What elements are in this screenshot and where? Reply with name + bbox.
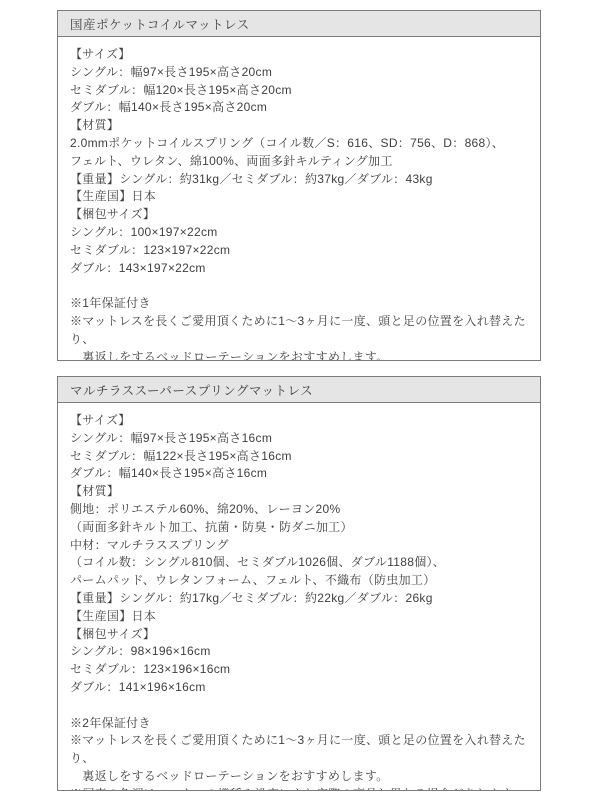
spec-line: （両面多針キルト加工、抗菌・防臭・防ダニ加工） (70, 519, 528, 537)
section-title: 国産ポケットコイルマットレス (70, 15, 250, 33)
spec-line: パームパッド、ウレタンフォーム、フェルト、不織布（防虫加工） (70, 572, 528, 590)
spec-line: 【サイズ】 (70, 412, 528, 430)
section-body: 【サイズ】シングル：幅97×長さ195×高さ20cmセミダブル：幅120×長さ1… (58, 37, 540, 360)
spec-line: 【サイズ】 (70, 46, 528, 64)
spec-line: セミダブル：幅122×長さ195×高さ16cm (70, 448, 528, 466)
spec-line: 【梱包サイズ】 (70, 206, 528, 224)
spec-line: （コイル数：シングル810個、セミダブル1026個、ダブル1188個）、 (70, 554, 528, 572)
section-body: 【サイズ】シングル：幅97×長さ195×高さ16cmセミダブル：幅122×長さ1… (58, 403, 540, 790)
spec-line: ※1年保証付き (70, 295, 528, 313)
spec-line (70, 697, 528, 715)
spec-line: セミダブル：123×196×16cm (70, 661, 528, 679)
spec-line: ※2年保証付き (70, 715, 528, 733)
spec-line: シングル：幅97×長さ195×高さ16cm (70, 430, 528, 448)
spec-line: 中材：マルチラススプリング (70, 537, 528, 555)
spec-line: ダブル：141×196×16cm (70, 679, 528, 697)
spec-section-multi-lass-spring-mattress: マルチラススーパースプリングマットレス 【サイズ】シングル：幅97×長さ195×… (57, 376, 541, 791)
spec-line: シングル：幅97×長さ195×高さ20cm (70, 64, 528, 82)
spec-line: フェルト、ウレタン、綿100%、両面多針キルティング加工 (70, 153, 528, 171)
spec-line (70, 277, 528, 295)
section-title-bar: 国産ポケットコイルマットレス (58, 11, 540, 37)
spec-line: 【重量】シングル：約17kg／セミダブル：約22kg／ダブル：26kg (70, 590, 528, 608)
spec-line: 2.0mmポケットコイルスプリング（コイル数／S：616、SD：756、D：86… (70, 135, 528, 153)
spec-line: 【梱包サイズ】 (70, 626, 528, 644)
spec-line: セミダブル：幅120×長さ195×高さ20cm (70, 82, 528, 100)
spec-line: シングル：98×196×16cm (70, 643, 528, 661)
spec-line: セミダブル：123×197×22cm (70, 242, 528, 260)
spec-line: ※マットレスを長くご愛用頂くために1～3ヶ月に一度、頭と足の位置を入れ替えたり、 (70, 313, 528, 349)
spec-line: ※マットレスを長くご愛用頂くために1～3ヶ月に一度、頭と足の位置を入れ替えたり、 (70, 732, 528, 768)
spec-line: 【生産国】日本 (70, 608, 528, 626)
spec-line: シングル：100×197×22cm (70, 224, 528, 242)
spec-line: 【材質】 (70, 483, 528, 501)
spec-line: 裏返しをするベッドローテーションをおすすめします。 (70, 349, 528, 360)
section-title: マルチラススーパースプリングマットレス (70, 381, 313, 399)
spec-line: 【生産国】日本 (70, 188, 528, 206)
spec-line: 裏返しをするベッドローテーションをおすすめします。 (70, 768, 528, 786)
section-title-bar: マルチラススーパースプリングマットレス (58, 377, 540, 403)
product-spec-page: 国産ポケットコイルマットレス 【サイズ】シングル：幅97×長さ195×高さ20c… (0, 0, 600, 801)
spec-line: ダブル：143×197×22cm (70, 260, 528, 278)
spec-line: ※写真の色調はモニターの機種や設定により実際の商品と異なる場合があります。 (70, 786, 528, 790)
spec-line: ダブル：幅140×長さ195×高さ16cm (70, 465, 528, 483)
spec-line: 【重量】シングル：約31kg／セミダブル：約37kg／ダブル：43kg (70, 171, 528, 189)
spec-line: 【材質】 (70, 117, 528, 135)
spec-line: ダブル：幅140×長さ195×高さ20cm (70, 99, 528, 117)
spec-line: 側地：ポリエステル60%、綿20%、レーヨン20% (70, 501, 528, 519)
spec-section-pocket-coil-mattress: 国産ポケットコイルマットレス 【サイズ】シングル：幅97×長さ195×高さ20c… (57, 10, 541, 361)
